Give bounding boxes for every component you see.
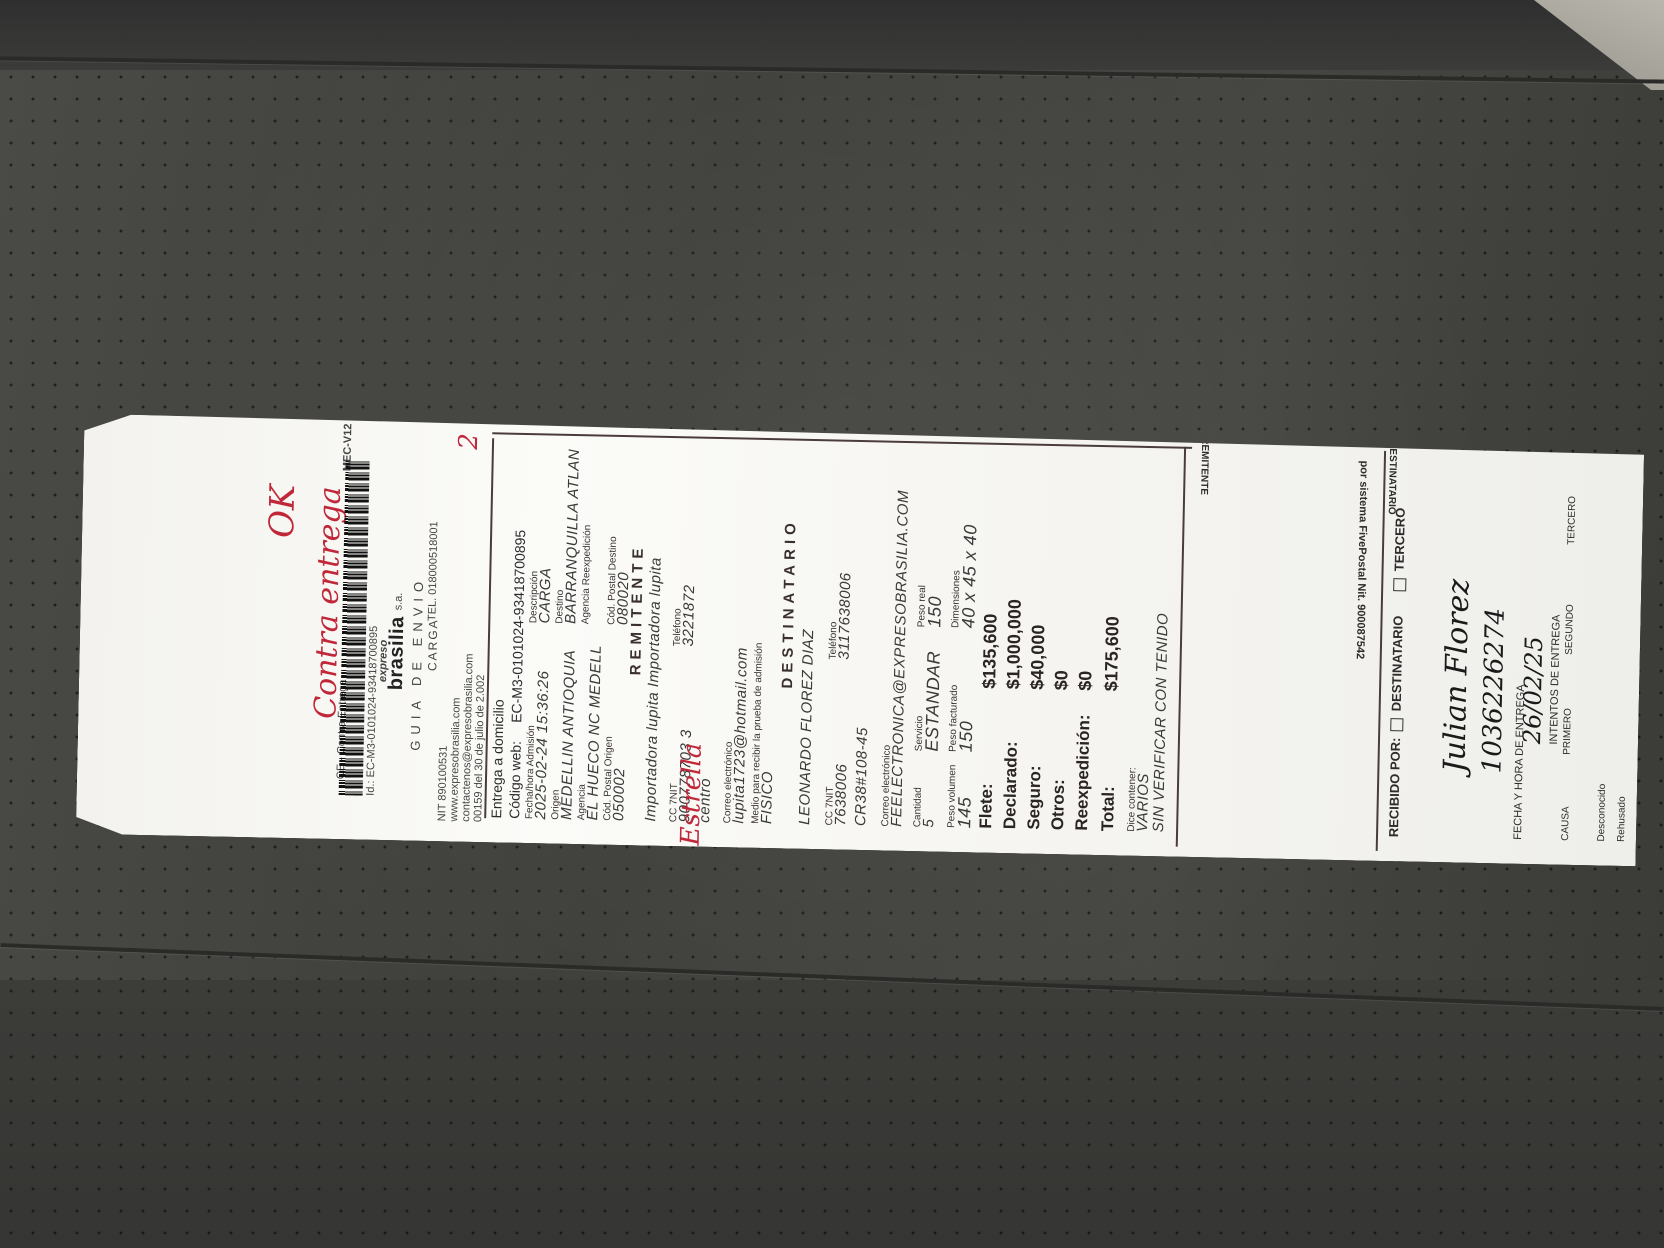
charge-freight-value: $135,600 — [979, 613, 1002, 689]
web-code-label: Código web: — [506, 741, 524, 819]
recipient-checkbox[interactable] — [1388, 718, 1406, 731]
charge-total-value: $175,600 — [1101, 616, 1124, 692]
doc-title: GUIA DE ENVIO — [408, 576, 427, 751]
stub-sender-label: REMITENTE — [1198, 437, 1210, 495]
admission-datetime: 2025-02-24 15:36:26 — [532, 670, 552, 819]
cause-label: CAUSA — [1560, 806, 1572, 841]
attempts-label: INTENTOS DE ENTREGA — [1548, 614, 1563, 744]
form-divider — [1176, 447, 1186, 847]
sender-phone: 3221872 — [680, 584, 698, 646]
attempt-second: SEGUNDO — [1564, 604, 1576, 655]
stub-divider — [1376, 451, 1386, 851]
handwritten-receiver-id: 1036226274 — [1477, 608, 1510, 774]
cause-unknown: Desconocido — [1596, 784, 1608, 842]
cause-refused: Rehusado — [1616, 796, 1628, 842]
handwritten-delivery-date: 26/02/25 — [1518, 636, 1548, 744]
recipient-email: FEELECTRONICA@EXPRESOBRASILIA.COM — [888, 490, 912, 827]
company-phone: TEL. 018000518001 — [426, 521, 440, 621]
option-third: TERCERO — [1392, 508, 1408, 572]
charge-other-label: Otros: — [1048, 779, 1069, 830]
charge-freight-label: Flete: — [976, 783, 997, 829]
option-recipient: DESTINATARIO — [1389, 616, 1406, 712]
charge-insurance-label: Seguro: — [1024, 765, 1045, 830]
charge-reexpedition-label: Reexpedición: — [1072, 714, 1094, 831]
recipient-name: LEONARDO FLOREZ DIAZ — [796, 629, 817, 825]
proof-method: FISICO — [758, 771, 776, 824]
charge-declared-value: $1,000,000 — [1003, 599, 1026, 690]
attempt-first: PRIMERO — [1562, 708, 1574, 755]
sender-title: REMITENTE — [627, 543, 647, 675]
company-suffix: s.a. — [393, 592, 405, 610]
service: ESTANDAR — [922, 651, 945, 752]
attempt-third: TERCERO — [1566, 496, 1578, 545]
recipient-phone: 3117638006 — [836, 572, 855, 660]
billed-weight: 150 — [956, 720, 978, 752]
received-by-label: RECIBIDO POR: — [1386, 737, 1403, 837]
form-top-border — [492, 432, 1192, 448]
charge-declared-label: Declarado: — [1000, 741, 1022, 829]
dimensions: 40 x 45 x 40 — [958, 524, 981, 628]
contents-line2: SIN VERIFICAR CON TENIDO — [1150, 613, 1172, 833]
stub-recipient-label: DESTINATARIO — [1386, 441, 1399, 515]
description: CARGA — [536, 567, 554, 623]
recipient-title: DESTINATARIO — [779, 518, 800, 689]
third-party-checkbox[interactable] — [1391, 578, 1409, 591]
recipient-id: 7638006 — [832, 764, 850, 826]
sender-email: lupita1723@hotmail.com — [730, 647, 751, 824]
handwritten-number: 2 — [454, 433, 484, 450]
delivery-type: Entrega a domicilio — [488, 699, 506, 818]
handwritten-ok: OK — [262, 484, 303, 538]
charge-reexpedition-value: $0 — [1075, 670, 1096, 690]
doc-subtitle: CARGA — [425, 618, 440, 671]
company-logo: brasilia — [385, 616, 410, 691]
real-weight: 150 — [924, 596, 946, 628]
shipping-receipt: Contra entrega OK 2 CE - Contra Entrega … — [76, 414, 1644, 867]
charge-total-label: Total: — [1098, 786, 1119, 831]
seat-cushion-lower — [0, 980, 1664, 1248]
quantity: 5 — [920, 818, 937, 827]
web-code: EC-M3-0101024-93418700895 — [508, 530, 528, 723]
receipt-paper: Contra entrega OK 2 CE - Contra Entrega … — [76, 414, 1644, 867]
charge-other-value: $0 — [1051, 670, 1072, 690]
volume-weight: 145 — [954, 796, 976, 828]
footer-text: por sistema FivePostal Nit. 900087542 — [1354, 460, 1370, 659]
handwritten-receiver-name: Julian Florez — [1437, 579, 1476, 773]
origin-postal: 050002 — [610, 768, 628, 821]
reexpedition-agency-label: Agencia Reexpedición — [580, 525, 593, 625]
recipient-address: CR38#108-45 — [852, 727, 871, 826]
origin: MEDELLIN ANTIOQUIA — [558, 650, 579, 820]
charge-insurance-value: $40,000 — [1027, 624, 1049, 690]
